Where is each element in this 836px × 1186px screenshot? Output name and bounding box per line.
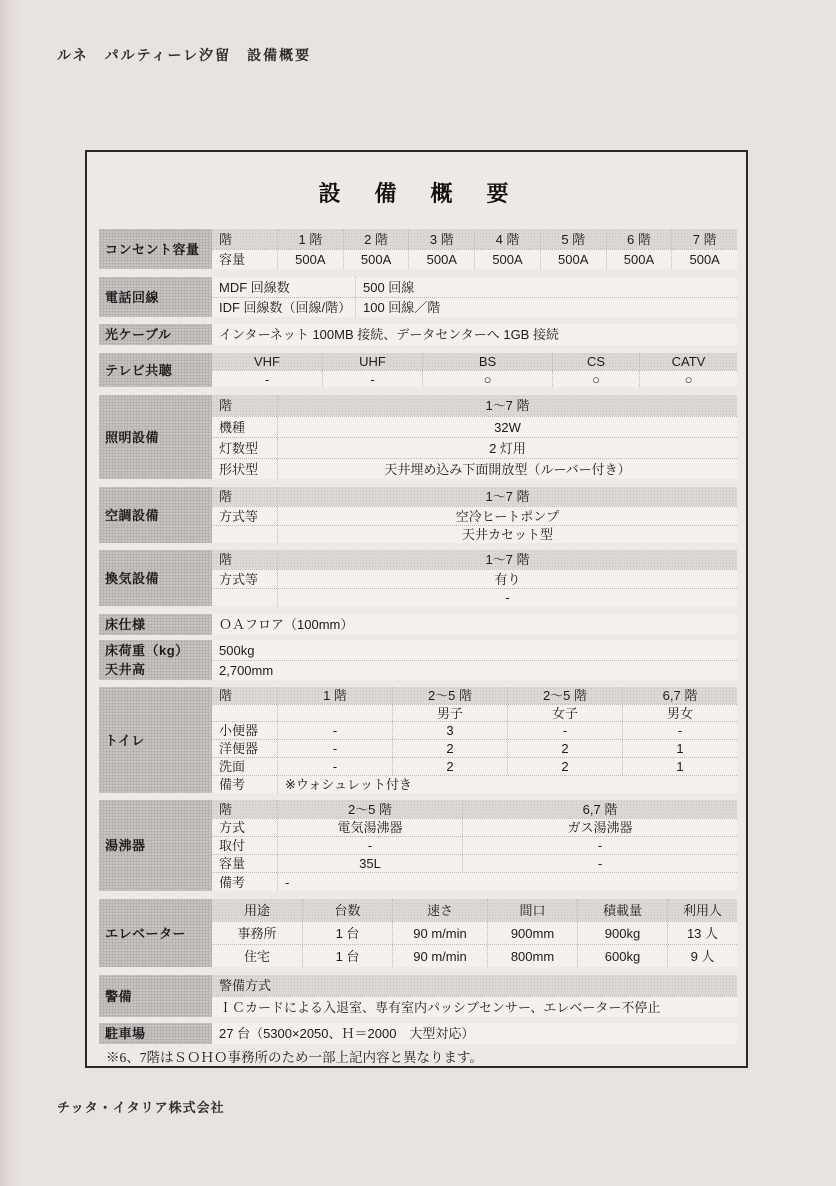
- table-cell: 2～5 階: [392, 687, 507, 704]
- table-row: 階1～7 階: [212, 550, 737, 569]
- section-content: 階1～7 階方式等空冷ヒートポンプ天井カセット型: [212, 487, 737, 543]
- table-cell: インターネット 100MB 接続、データセンターへ 1GB 接続: [212, 324, 737, 345]
- table-row: インターネット 100MB 接続、データセンターへ 1GB 接続: [212, 324, 737, 345]
- table-cell: 方式等: [212, 570, 277, 588]
- table-row: IDF 回線数（回線/階）100 回線／階: [212, 297, 737, 317]
- table-cell: [277, 705, 392, 721]
- table-row: 容量35L-: [212, 854, 737, 872]
- section-label-text: 警備: [99, 987, 212, 1006]
- table-cell: ○: [552, 371, 639, 387]
- table-cell: ○: [639, 371, 737, 387]
- table-row: MDF 回線数500 回線: [212, 277, 737, 297]
- table-cell: [212, 589, 277, 606]
- table-cell: 2: [507, 758, 622, 775]
- table-cell: -: [462, 837, 737, 854]
- section-toilet: トイレ階1 階2～5 階2～5 階6,7 階男子女子男女小便器-3--洋便器-2…: [99, 687, 737, 793]
- table-row: 階1～7 階: [212, 487, 737, 506]
- section-hvac: 空調設備階1～7 階方式等空冷ヒートポンプ天井カセット型: [99, 487, 737, 543]
- section-content: インターネット 100MB 接続、データセンターへ 1GB 接続: [212, 324, 737, 345]
- section-label-elevator: エレベーター: [99, 899, 212, 967]
- table-cell: 天井埋め込み下面開放型（ルーバー付き）: [277, 459, 737, 479]
- section-label-tv-reception: テレビ共聴: [99, 353, 212, 387]
- table-cell: 3: [392, 722, 507, 739]
- table-cell: 容量: [212, 855, 277, 872]
- table-cell: -: [212, 371, 322, 387]
- table-cell: 800mm: [487, 945, 577, 967]
- table-cell: 90 m/min: [392, 945, 487, 967]
- table-cell: 男子: [392, 705, 507, 721]
- table-cell: 90 m/min: [392, 922, 487, 944]
- table-row: 用途台数速さ間口積載量利用人: [212, 899, 737, 921]
- table-cell: 35L: [277, 855, 462, 872]
- table-cell: 洋便器: [212, 740, 277, 757]
- table-cell: VHF: [212, 353, 322, 370]
- table-cell: 1～7 階: [277, 395, 737, 416]
- table-cell: 備考: [212, 776, 277, 793]
- section-phone-lines: 電話回線MDF 回線数500 回線IDF 回線数（回線/階）100 回線／階: [99, 277, 737, 317]
- table-cell: ガス湯沸器: [462, 819, 737, 836]
- table-cell: -: [622, 722, 737, 739]
- table-cell: 天井カセット型: [277, 526, 737, 543]
- table-row: 男子女子男女: [212, 704, 737, 721]
- table-cell: MDF 回線数: [212, 277, 355, 297]
- section-optical-cable: 光ケーブルインターネット 100MB 接続、データセンターへ 1GB 接続: [99, 324, 737, 345]
- table-row: 洗面-221: [212, 757, 737, 775]
- table-cell: 6 階: [606, 229, 672, 249]
- table-cell: IDF 回線数（回線/階）: [212, 298, 355, 317]
- table-cell: 2: [392, 740, 507, 757]
- table-cell: 2: [392, 758, 507, 775]
- table-cell: 事務所: [212, 922, 302, 944]
- table-cell: 6,7 階: [462, 800, 737, 818]
- section-label-text: トイレ: [99, 731, 212, 750]
- section-content: ※6、7階はＳＯＨＯ事務所のため一部上記内容と異なります。: [99, 1048, 737, 1068]
- table-row: --○○○: [212, 370, 737, 387]
- table-cell: 有り: [277, 570, 737, 588]
- table-row: ＯＡフロア（100mm）: [212, 614, 737, 635]
- table-cell: 階: [212, 687, 277, 704]
- table-row: 警備方式: [212, 975, 737, 996]
- table-row: 27 台（5300×2050、Ｈ＝2000 大型対応）: [212, 1023, 737, 1044]
- section-floor-load-ceiling: 床荷重（kg）天井高500kg2,700mm: [99, 640, 737, 680]
- table-cell: 500A: [671, 250, 737, 269]
- table-cell: 形状型: [212, 459, 277, 479]
- table-cell: ※6、7階はＳＯＨＯ事務所のため一部上記内容と異なります。: [99, 1048, 737, 1068]
- section-label-text: 空調設備: [99, 506, 212, 525]
- section-label-toilet: トイレ: [99, 687, 212, 793]
- section-label-optical-cable: 光ケーブル: [99, 324, 212, 345]
- table-row: 階1 階2～5 階2～5 階6,7 階: [212, 687, 737, 704]
- table-cell: 100 回線／階: [355, 298, 737, 317]
- table-cell: 積載量: [577, 899, 667, 921]
- table-cell: 用途: [212, 899, 302, 921]
- table-row: 事務所1 台90 m/min900mm900kg13 人: [212, 921, 737, 944]
- table-cell: 男女: [622, 705, 737, 721]
- section-label-text: 駐車場: [99, 1024, 212, 1043]
- table-cell: 利用人: [667, 899, 737, 921]
- table-cell: 7 階: [671, 229, 737, 249]
- table-cell: 小便器: [212, 722, 277, 739]
- table-cell: 機種: [212, 417, 277, 437]
- table-row: 形状型天井埋め込み下面開放型（ルーバー付き）: [212, 458, 737, 479]
- table-cell: 警備方式: [212, 975, 737, 996]
- section-label-text: 湯沸器: [99, 836, 212, 855]
- section-tv-reception: テレビ共聴VHFUHFBSCSCATV--○○○: [99, 353, 737, 387]
- table-cell: -: [462, 855, 737, 872]
- section-label-lighting: 照明設備: [99, 395, 212, 479]
- table-cell: 4 階: [474, 229, 540, 249]
- table-cell: 灯数型: [212, 438, 277, 458]
- table-row: 方式等空冷ヒートポンプ: [212, 506, 737, 525]
- table-row: 備考-: [212, 872, 737, 891]
- table-row: 方式等有り: [212, 569, 737, 588]
- document-title: 設 備 概 要: [87, 177, 746, 208]
- table-cell: 500A: [277, 250, 343, 269]
- table-cell: 階: [212, 487, 277, 506]
- table-cell: -: [277, 740, 392, 757]
- table-row: 500kg: [212, 640, 737, 660]
- section-floor-spec: 床仕様ＯＡフロア（100mm）: [99, 614, 737, 635]
- table-row: ＩＣカードによる入退室、専有室内パッシブセンサー、エレベーター不停止: [212, 996, 737, 1017]
- table-cell: -: [277, 758, 392, 775]
- table-cell: CS: [552, 353, 639, 370]
- table-cell: ＩＣカードによる入退室、専有室内パッシブセンサー、エレベーター不停止: [212, 997, 737, 1017]
- company-name: チッタ・イタリア株式会社: [57, 1097, 225, 1116]
- section-note: ※6、7階はＳＯＨＯ事務所のため一部上記内容と異なります。: [99, 1048, 737, 1068]
- sections-container: コンセント容量階1 階2 階3 階4 階5 階6 階7 階容量500A500A5…: [99, 229, 737, 1068]
- table-cell: 女子: [507, 705, 622, 721]
- section-label-text: エレベーター: [99, 924, 212, 943]
- table-cell: -: [507, 722, 622, 739]
- section-ventilation: 換気設備階1～7 階方式等有り-: [99, 550, 737, 606]
- table-row: 階1～7 階: [212, 395, 737, 416]
- table-cell: -: [277, 873, 737, 891]
- table-cell: 1 台: [302, 945, 392, 967]
- table-cell: 1: [622, 740, 737, 757]
- table-cell: 1 台: [302, 922, 392, 944]
- section-label-text: 天井高: [99, 660, 212, 679]
- section-lighting: 照明設備階1～7 階機種32W灯数型2 灯用形状型天井埋め込み下面開放型（ルーバ…: [99, 395, 737, 479]
- table-cell: 9 人: [667, 945, 737, 967]
- table-cell: 500A: [474, 250, 540, 269]
- table-row: 小便器-3--: [212, 721, 737, 739]
- table-row: 取付--: [212, 836, 737, 854]
- table-cell: -: [277, 837, 462, 854]
- table-cell: 500A: [408, 250, 474, 269]
- section-label-ventilation: 換気設備: [99, 550, 212, 606]
- table-cell: 台数: [302, 899, 392, 921]
- section-label-outlet-capacity: コンセント容量: [99, 229, 212, 269]
- table-cell: 2: [507, 740, 622, 757]
- table-cell: 2～5 階: [507, 687, 622, 704]
- table-cell: -: [277, 722, 392, 739]
- section-label-text: 光ケーブル: [99, 325, 212, 344]
- section-label-text: 換気設備: [99, 569, 212, 588]
- section-content: 階1～7 階方式等有り-: [212, 550, 737, 606]
- table-row: 2,700mm: [212, 660, 737, 680]
- table-cell: 500 回線: [355, 277, 737, 297]
- table-row: ※6、7階はＳＯＨＯ事務所のため一部上記内容と異なります。: [99, 1048, 737, 1068]
- table-cell: 階: [212, 395, 277, 416]
- table-cell: 方式等: [212, 507, 277, 525]
- table-cell: 備考: [212, 873, 277, 891]
- table-row: VHFUHFBSCSCATV: [212, 353, 737, 370]
- section-label-floor-load-ceiling: 床荷重（kg）天井高: [99, 640, 212, 680]
- table-cell: -: [277, 589, 737, 606]
- table-cell: ＯＡフロア（100mm）: [212, 614, 737, 635]
- section-label-text: 床荷重（kg）: [99, 641, 212, 660]
- table-cell: 間口: [487, 899, 577, 921]
- table-cell: 900kg: [577, 922, 667, 944]
- table-cell: 取付: [212, 837, 277, 854]
- table-row: 方式電気湯沸器ガス湯沸器: [212, 818, 737, 836]
- section-content: 階1 階2～5 階2～5 階6,7 階男子女子男女小便器-3--洋便器-221洗…: [212, 687, 737, 793]
- table-cell: 500A: [606, 250, 672, 269]
- table-cell: 2 灯用: [277, 438, 737, 458]
- section-security: 警備警備方式ＩＣカードによる入退室、専有室内パッシブセンサー、エレベーター不停止: [99, 975, 737, 1017]
- table-cell: 速さ: [392, 899, 487, 921]
- section-label-parking: 駐車場: [99, 1023, 212, 1044]
- section-content: MDF 回線数500 回線IDF 回線数（回線/階）100 回線／階: [212, 277, 737, 317]
- section-label-text: テレビ共聴: [99, 361, 212, 380]
- table-cell: 階: [212, 550, 277, 569]
- table-cell: 1 階: [277, 229, 343, 249]
- section-content: ＯＡフロア（100mm）: [212, 614, 737, 635]
- table-cell: ※ウォシュレット付き: [277, 776, 737, 793]
- table-cell: 27 台（5300×2050、Ｈ＝2000 大型対応）: [212, 1023, 737, 1044]
- table-cell: 500A: [540, 250, 606, 269]
- table-cell: 電気湯沸器: [277, 819, 462, 836]
- table-cell: 空冷ヒートポンプ: [277, 507, 737, 525]
- table-cell: 容量: [212, 250, 277, 269]
- table-row: 灯数型2 灯用: [212, 437, 737, 458]
- section-label-text: 床仕様: [99, 615, 212, 634]
- section-content: 27 台（5300×2050、Ｈ＝2000 大型対応）: [212, 1023, 737, 1044]
- table-cell: 13 人: [667, 922, 737, 944]
- section-content: 階1 階2 階3 階4 階5 階6 階7 階容量500A500A500A500A…: [212, 229, 737, 269]
- table-cell: 5 階: [540, 229, 606, 249]
- table-cell: 2～5 階: [277, 800, 462, 818]
- section-label-phone-lines: 電話回線: [99, 277, 212, 317]
- table-row: 天井カセット型: [212, 525, 737, 543]
- section-content: 500kg2,700mm: [212, 640, 737, 680]
- section-parking: 駐車場27 台（5300×2050、Ｈ＝2000 大型対応）: [99, 1023, 737, 1044]
- section-label-text: 電話回線: [99, 288, 212, 307]
- table-cell: 32W: [277, 417, 737, 437]
- table-cell: 1: [622, 758, 737, 775]
- table-cell: 2 階: [343, 229, 409, 249]
- table-row: -: [212, 588, 737, 606]
- section-content: 用途台数速さ間口積載量利用人事務所1 台90 m/min900mm900kg13…: [212, 899, 737, 967]
- table-cell: 階: [212, 229, 277, 249]
- section-content: 警備方式ＩＣカードによる入退室、専有室内パッシブセンサー、エレベーター不停止: [212, 975, 737, 1017]
- table-cell: -: [322, 371, 422, 387]
- table-row: 備考※ウォシュレット付き: [212, 775, 737, 793]
- table-cell: 階: [212, 800, 277, 818]
- table-cell: [212, 705, 277, 721]
- table-cell: 方式: [212, 819, 277, 836]
- table-row: 階1 階2 階3 階4 階5 階6 階7 階: [212, 229, 737, 249]
- table-cell: 600kg: [577, 945, 667, 967]
- table-cell: 1～7 階: [277, 487, 737, 506]
- section-label-text: コンセント容量: [99, 240, 212, 259]
- table-cell: 洗面: [212, 758, 277, 775]
- table-row: 住宅1 台90 m/min800mm600kg9 人: [212, 944, 737, 967]
- section-content: 階2～5 階6,7 階方式電気湯沸器ガス湯沸器取付--容量35L-備考-: [212, 800, 737, 891]
- table-cell: BS: [422, 353, 552, 370]
- table-cell: 1～7 階: [277, 550, 737, 569]
- table-cell: 6,7 階: [622, 687, 737, 704]
- section-elevator: エレベーター用途台数速さ間口積載量利用人事務所1 台90 m/min900mm9…: [99, 899, 737, 967]
- section-water-heater: 湯沸器階2～5 階6,7 階方式電気湯沸器ガス湯沸器取付--容量35L-備考-: [99, 800, 737, 891]
- section-label-water-heater: 湯沸器: [99, 800, 212, 891]
- section-label-security: 警備: [99, 975, 212, 1017]
- section-label-hvac: 空調設備: [99, 487, 212, 543]
- section-outlet-capacity: コンセント容量階1 階2 階3 階4 階5 階6 階7 階容量500A500A5…: [99, 229, 737, 269]
- table-row: 階2～5 階6,7 階: [212, 800, 737, 818]
- table-cell: 2,700mm: [212, 661, 737, 680]
- table-cell: 1 階: [277, 687, 392, 704]
- table-row: 洋便器-221: [212, 739, 737, 757]
- table-row: 容量500A500A500A500A500A500A500A: [212, 249, 737, 269]
- table-cell: UHF: [322, 353, 422, 370]
- section-content: 階1～7 階機種32W灯数型2 灯用形状型天井埋め込み下面開放型（ルーバー付き）: [212, 395, 737, 479]
- table-row: 機種32W: [212, 416, 737, 437]
- page-header: ルネ パルティーレ汐留 設備概要: [57, 45, 311, 65]
- table-cell: CATV: [639, 353, 737, 370]
- table-cell: 500A: [343, 250, 409, 269]
- section-label-text: 照明設備: [99, 428, 212, 447]
- spec-sheet-box: 設 備 概 要 コンセント容量階1 階2 階3 階4 階5 階6 階7 階容量5…: [85, 150, 748, 1068]
- table-cell: 住宅: [212, 945, 302, 967]
- table-cell: 3 階: [408, 229, 474, 249]
- section-label-floor-spec: 床仕様: [99, 614, 212, 635]
- table-cell: 900mm: [487, 922, 577, 944]
- section-content: VHFUHFBSCSCATV--○○○: [212, 353, 737, 387]
- table-cell: [212, 526, 277, 543]
- table-cell: ○: [422, 371, 552, 387]
- table-cell: 500kg: [212, 640, 737, 660]
- scan-edge-shading: [0, 0, 22, 1186]
